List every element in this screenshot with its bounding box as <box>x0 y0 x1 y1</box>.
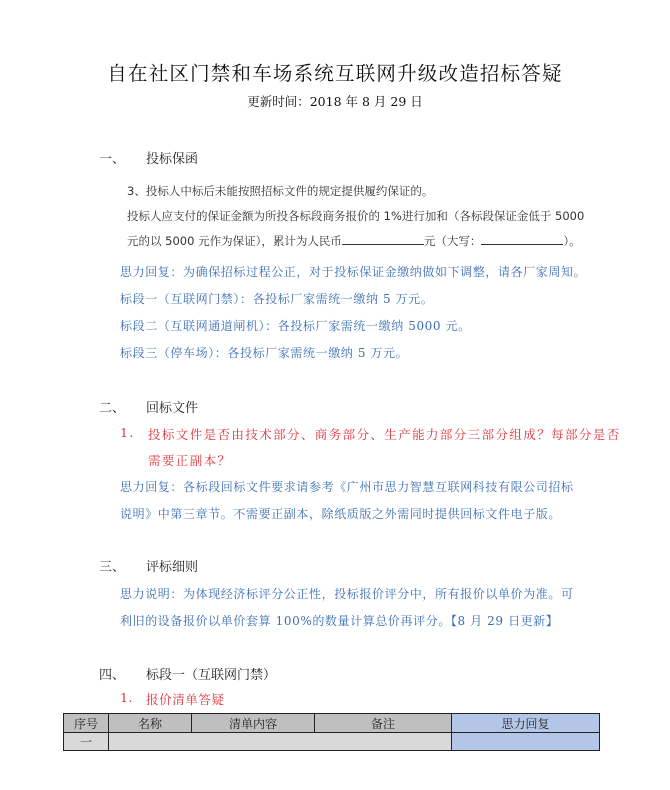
section-1-reply: 思力回复：为确保招标过程公正，对于投标保证金缴纳做如下调整，请各厂家周知。 <box>120 263 586 280</box>
quote-line-3-mid: 元（大写： <box>424 234 482 248</box>
subsection-number: 1. <box>120 690 133 705</box>
column-header-reply: 思力回复 <box>452 714 600 733</box>
section-2-reply-line-1: 思力回复：各标段回标文件要求请参考《广州市思力智慧互联网科技有限公司招标 <box>120 478 574 495</box>
quote-line-3-suffix: ）。 <box>563 234 580 248</box>
column-header-seq: 序号 <box>64 714 109 733</box>
section-1-lot-2: 标段二（互联网通道闸机）：各投标厂家需统一缴纳 5000 元。 <box>120 317 471 334</box>
update-time: 更新时间：2018 年 8 月 29 日 <box>0 92 670 110</box>
table-header-row: 序号 名称 清单内容 备注 思力回复 <box>64 714 600 733</box>
section-1-heading: 投标保函 <box>146 148 198 167</box>
section-1-lot-1: 标段一（互联网门禁）：各投标厂家需统一缴纳 5 万元。 <box>120 290 433 307</box>
section-2-reply-line-2: 说明》中第三章节。不需要正副本，除纸质版之外需同时提供回标文件电子版。 <box>120 505 561 522</box>
amount-words-blank <box>481 232 563 245</box>
section-4-number: 四、 <box>99 664 125 683</box>
column-header-name: 名称 <box>109 714 192 733</box>
cell-reply <box>452 733 600 751</box>
quote-line-3-prefix: 元的以 5000 元作为保证），累计为人民币 <box>127 234 342 248</box>
column-header-remarks: 备注 <box>315 714 452 733</box>
section-1-lot-3: 标段三（停车场）：各投标厂家需统一缴纳 5 万元。 <box>120 344 408 361</box>
amount-blank <box>342 232 424 245</box>
table-row: 一 <box>64 733 600 751</box>
quote-line-3: 元的以 5000 元作为保证），累计为人民币元（大写：）。 <box>127 232 581 249</box>
quote-list-table: 序号 名称 清单内容 备注 思力回复 一 <box>63 713 600 751</box>
question-number: 1. <box>120 425 135 440</box>
section-3-heading: 评标细则 <box>146 556 198 575</box>
quote-line-2: 投标人应支付的保证金额为所投各标段商务报价的 1%进行加和（各标段保证金低于 5… <box>127 208 584 224</box>
question-line-1: 投标文件是否由技术部分、商务部分、生产能力部分三部分组成？每部分是否 <box>148 425 621 443</box>
section-3-reply-line-1: 思力说明：为体现经济标评分公正性，投标报价评分中，所有报价以单价为准。可 <box>120 585 574 602</box>
section-3-number: 三、 <box>99 556 125 575</box>
question-line-2: 需要正副本？ <box>148 451 231 469</box>
section-4-heading: 标段一（互联网门禁） <box>146 664 276 683</box>
section-2-heading: 回标文件 <box>146 397 198 416</box>
document-title: 自在社区门禁和车场系统互联网升级改造招标答疑 <box>0 58 670 86</box>
quote-line-1: 3、投标人中标后未能按照招标文件的规定提供履约保证的。 <box>127 183 433 199</box>
cell-merged-content <box>109 733 452 751</box>
subsection-heading: 报价清单答疑 <box>146 690 225 708</box>
cell-seq: 一 <box>64 733 109 751</box>
section-1-number: 一、 <box>99 148 125 167</box>
column-header-content: 清单内容 <box>192 714 315 733</box>
section-3-reply-line-2: 利旧的设备报价以单价套算 100%的数量计算总价再评分。【8 月 29 日更新】 <box>120 612 558 629</box>
section-2-number: 二、 <box>99 397 125 416</box>
